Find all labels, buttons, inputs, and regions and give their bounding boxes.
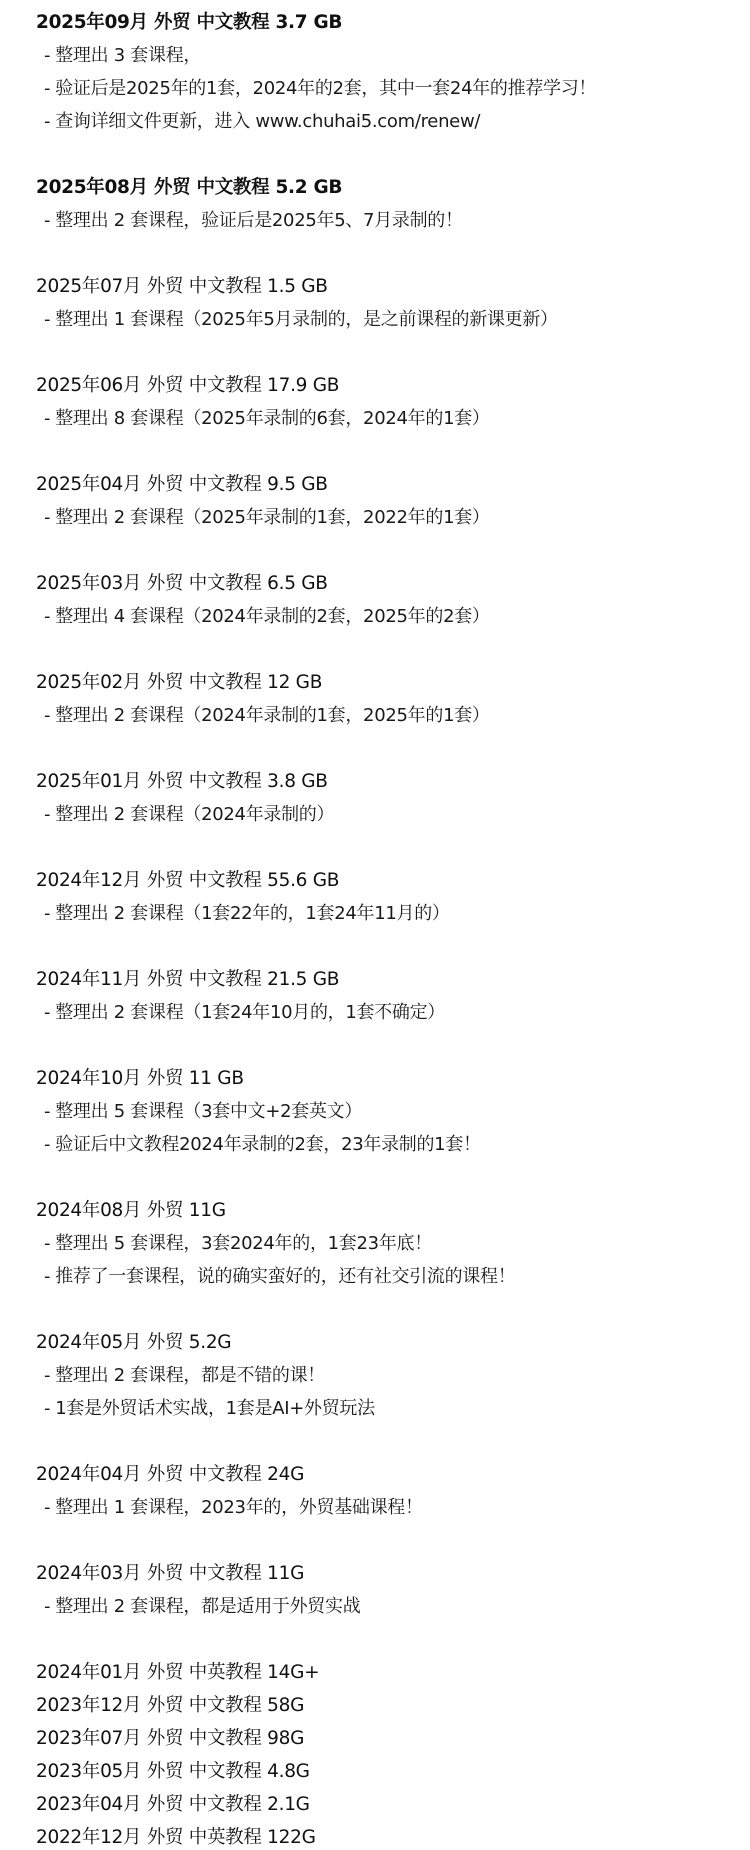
entry-header: 2024年05月 外贸 5.2G <box>36 1326 750 1359</box>
entry-note: -整理出 8 套课程（2025年录制的6套，2024年的1套） <box>36 402 750 435</box>
note-text: 整理出 2 套课程（1套24年10月的，1套不确定） <box>55 1002 445 1023</box>
note-text: 整理出 8 套课程（2025年录制的6套，2024年的1套） <box>55 408 489 429</box>
archive-entry: 2023年07月 外贸 中文教程 98G <box>36 1722 750 1755</box>
entry-note: -整理出 2 套课程，都是不错的课！ <box>36 1359 750 1392</box>
note-text: 验证后中文教程2024年录制的2套，23年录制的1套！ <box>55 1134 481 1155</box>
entry-header: 2025年06月 外贸 中文教程 17.9 GB <box>36 369 750 402</box>
log-entry: 2025年08月 外贸 中文教程 5.2 GB-整理出 2 套课程，验证后是20… <box>36 171 750 237</box>
entry-header: 2025年09月 外贸 中文教程 3.7 GB <box>36 6 750 39</box>
log-entry: 2025年02月 外贸 中文教程 12 GB-整理出 2 套课程（2024年录制… <box>36 666 750 732</box>
entry-list: 2025年09月 外贸 中文教程 3.7 GB-整理出 3 套课程，-验证后是2… <box>36 6 750 1623</box>
log-entry: 2025年03月 外贸 中文教程 6.5 GB-整理出 4 套课程（2024年录… <box>36 567 750 633</box>
bullet-dash: - <box>44 45 50 66</box>
bullet-dash: - <box>44 1266 50 1287</box>
archive-entry: 2023年04月 外贸 中文教程 2.1G <box>36 1788 750 1821</box>
note-text: 整理出 5 套课程（3套中文+2套英文） <box>55 1101 362 1122</box>
entry-note: -整理出 2 套课程，都是适用于外贸实战 <box>36 1590 750 1623</box>
entry-note: -整理出 2 套课程（2024年录制的） <box>36 798 750 831</box>
note-text: 推荐了一套课程，说的确实蛮好的，还有社交引流的课程！ <box>55 1266 515 1287</box>
archive-entry: 2024年01月 外贸 中英教程 14G+ <box>36 1656 750 1689</box>
bullet-dash: - <box>44 1596 50 1617</box>
archive-entry: 2022年12月 外贸 中英教程 122G <box>36 1821 750 1850</box>
archive-entry: 2023年12月 外贸 中文教程 58G <box>36 1689 750 1722</box>
entry-note: -整理出 2 套课程（2025年录制的1套，2022年的1套） <box>36 501 750 534</box>
entry-note: -1套是外贸话术实战，1套是AI+外贸玩法 <box>36 1392 750 1425</box>
note-text: 1套是外贸话术实战，1套是AI+外贸玩法 <box>55 1398 375 1419</box>
entry-header: 2024年04月 外贸 中文教程 24G <box>36 1458 750 1491</box>
entry-note: -推荐了一套课程，说的确实蛮好的，还有社交引流的课程！ <box>36 1260 750 1293</box>
entry-header: 2024年11月 外贸 中文教程 21.5 GB <box>36 963 750 996</box>
entry-note: -验证后是2025年的1套，2024年的2套，其中一套24年的推荐学习！ <box>36 72 750 105</box>
bullet-dash: - <box>44 1134 50 1155</box>
bullet-dash: - <box>44 1101 50 1122</box>
entry-header: 2024年03月 外贸 中文教程 11G <box>36 1557 750 1590</box>
bullet-dash: - <box>44 1233 50 1254</box>
entry-note: -整理出 2 套课程（2024年录制的1套，2025年的1套） <box>36 699 750 732</box>
note-text: 整理出 1 套课程（2025年5月录制的，是之前课程的新课更新） <box>55 309 558 330</box>
entry-note: -验证后中文教程2024年录制的2套，23年录制的1套！ <box>36 1128 750 1161</box>
log-entry: 2024年04月 外贸 中文教程 24G-整理出 1 套课程，2023年的，外贸… <box>36 1458 750 1524</box>
archive-list: 2024年01月 外贸 中英教程 14G+2023年12月 外贸 中文教程 58… <box>36 1656 750 1850</box>
note-text: 整理出 2 套课程（2024年录制的1套，2025年的1套） <box>55 705 489 726</box>
entry-header: 2025年07月 外贸 中文教程 1.5 GB <box>36 270 750 303</box>
entry-header: 2025年02月 外贸 中文教程 12 GB <box>36 666 750 699</box>
entry-header: 2024年12月 外贸 中文教程 55.6 GB <box>36 864 750 897</box>
entry-note: -整理出 5 套课程，3套2024年的，1套23年底！ <box>36 1227 750 1260</box>
note-text: 查询详细文件更新，进入 www.chuhai5.com/renew/ <box>55 111 480 132</box>
log-entry: 2024年08月 外贸 11G-整理出 5 套课程，3套2024年的，1套23年… <box>36 1194 750 1293</box>
bullet-dash: - <box>44 309 50 330</box>
note-text: 整理出 4 套课程（2024年录制的2套，2025年的2套） <box>55 606 489 627</box>
bullet-dash: - <box>44 210 50 231</box>
note-text: 整理出 2 套课程（1套22年的，1套24年11月的） <box>55 903 449 924</box>
note-text: 整理出 5 套课程，3套2024年的，1套23年底！ <box>55 1233 432 1254</box>
bullet-dash: - <box>44 1398 50 1419</box>
bullet-dash: - <box>44 507 50 528</box>
log-entry: 2024年03月 外贸 中文教程 11G-整理出 2 套课程，都是适用于外贸实战 <box>36 1557 750 1623</box>
bullet-dash: - <box>44 705 50 726</box>
bullet-dash: - <box>44 804 50 825</box>
entry-note: -整理出 1 套课程（2025年5月录制的，是之前课程的新课更新） <box>36 303 750 336</box>
entry-note: -整理出 3 套课程， <box>36 39 750 72</box>
log-entry: 2024年11月 外贸 中文教程 21.5 GB-整理出 2 套课程（1套24年… <box>36 963 750 1029</box>
note-text: 整理出 2 套课程（2025年录制的1套，2022年的1套） <box>55 507 489 528</box>
note-text: 验证后是2025年的1套，2024年的2套，其中一套24年的推荐学习！ <box>55 78 596 99</box>
log-entry: 2025年04月 外贸 中文教程 9.5 GB-整理出 2 套课程（2025年录… <box>36 468 750 534</box>
bullet-dash: - <box>44 903 50 924</box>
archive-entry: 2023年05月 外贸 中文教程 4.8G <box>36 1755 750 1788</box>
note-text: 整理出 2 套课程，都是不错的课！ <box>55 1365 325 1386</box>
bullet-dash: - <box>44 1497 50 1518</box>
log-entry: 2024年10月 外贸 11 GB-整理出 5 套课程（3套中文+2套英文）-验… <box>36 1062 750 1161</box>
note-text: 整理出 2 套课程（2024年录制的） <box>55 804 334 825</box>
log-entry: 2025年01月 外贸 中文教程 3.8 GB-整理出 2 套课程（2024年录… <box>36 765 750 831</box>
log-entry: 2024年12月 外贸 中文教程 55.6 GB-整理出 2 套课程（1套22年… <box>36 864 750 930</box>
bullet-dash: - <box>44 1002 50 1023</box>
bullet-dash: - <box>44 1365 50 1386</box>
entry-note: -整理出 2 套课程（1套24年10月的，1套不确定） <box>36 996 750 1029</box>
entry-header: 2025年04月 外贸 中文教程 9.5 GB <box>36 468 750 501</box>
entry-header: 2024年08月 外贸 11G <box>36 1194 750 1227</box>
entry-note: -整理出 2 套课程，验证后是2025年5、7月录制的！ <box>36 204 750 237</box>
entry-note: -整理出 2 套课程（1套22年的，1套24年11月的） <box>36 897 750 930</box>
bullet-dash: - <box>44 111 50 132</box>
bullet-dash: - <box>44 408 50 429</box>
entry-header: 2024年10月 外贸 11 GB <box>36 1062 750 1095</box>
log-entry: 2025年07月 外贸 中文教程 1.5 GB-整理出 1 套课程（2025年5… <box>36 270 750 336</box>
note-text: 整理出 3 套课程， <box>55 45 201 66</box>
note-text: 整理出 2 套课程，都是适用于外贸实战 <box>55 1596 360 1617</box>
note-text: 整理出 2 套课程，验证后是2025年5、7月录制的！ <box>55 210 463 231</box>
entry-note: -整理出 1 套课程，2023年的，外贸基础课程！ <box>36 1491 750 1524</box>
log-entry: 2025年06月 外贸 中文教程 17.9 GB-整理出 8 套课程（2025年… <box>36 369 750 435</box>
entry-note: -查询详细文件更新，进入 www.chuhai5.com/renew/ <box>36 105 750 138</box>
entry-header: 2025年03月 外贸 中文教程 6.5 GB <box>36 567 750 600</box>
update-log: 2025年09月 外贸 中文教程 3.7 GB-整理出 3 套课程，-验证后是2… <box>0 0 750 1850</box>
bullet-dash: - <box>44 606 50 627</box>
note-text: 整理出 1 套课程，2023年的，外贸基础课程！ <box>55 1497 423 1518</box>
log-entry: 2025年09月 外贸 中文教程 3.7 GB-整理出 3 套课程，-验证后是2… <box>36 6 750 138</box>
entry-note: -整理出 4 套课程（2024年录制的2套，2025年的2套） <box>36 600 750 633</box>
log-entry: 2024年05月 外贸 5.2G-整理出 2 套课程，都是不错的课！-1套是外贸… <box>36 1326 750 1425</box>
entry-note: -整理出 5 套课程（3套中文+2套英文） <box>36 1095 750 1128</box>
entry-header: 2025年08月 外贸 中文教程 5.2 GB <box>36 171 750 204</box>
entry-header: 2025年01月 外贸 中文教程 3.8 GB <box>36 765 750 798</box>
bullet-dash: - <box>44 78 50 99</box>
